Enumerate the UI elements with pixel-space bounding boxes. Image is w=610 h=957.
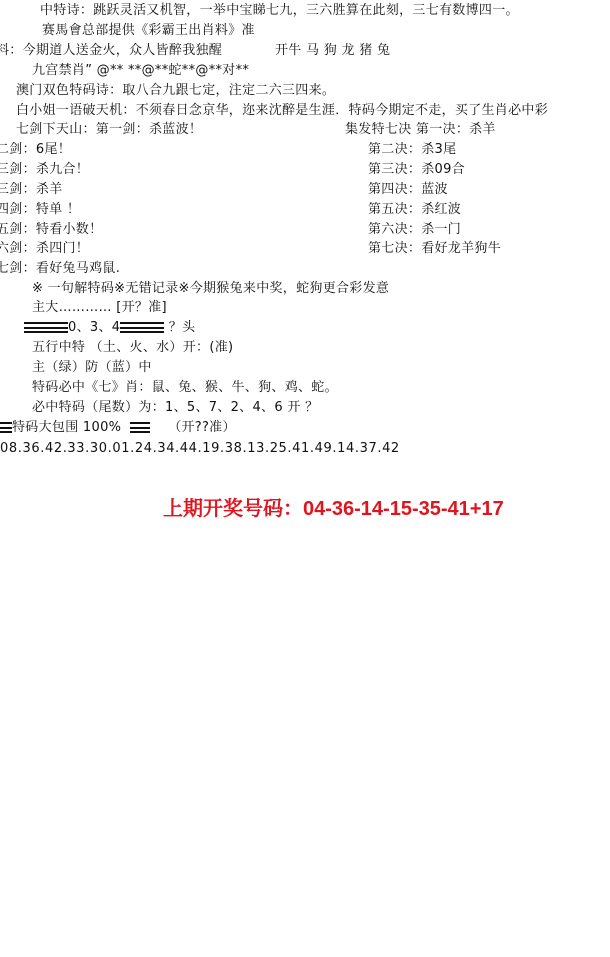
miss-bai-line: 白小姐一语破天机：不须春日念京华，迩来沈醉是生涯．特码今期定不走，买了生肖必中彩 xyxy=(16,102,548,120)
list-item: 五剑：特看小数！ xyxy=(0,221,102,239)
seven-swords-title: 七剑下天山：第一剑：杀蓝波！ xyxy=(16,121,202,139)
big-range-line: 特码大包围 100% （开??准） xyxy=(0,419,236,437)
list-item: 二剑：6尾！ xyxy=(0,141,71,159)
list-item: 第七决：看好龙羊狗牛 xyxy=(368,240,501,258)
tail-numbers-line: 必中特码（尾数）为：1、5、7、2、4、6 开 ？ xyxy=(32,399,318,417)
macau-poem: 澳门双色特码诗：取八合九跟七定，注定二六三四来。 xyxy=(16,82,335,100)
list-item: 三剑：杀九合！ xyxy=(0,161,89,179)
list-item: 第四决：蓝波 xyxy=(368,181,448,199)
color-line: 主（绿）防（蓝）中 xyxy=(32,359,152,377)
triple-bar-icon xyxy=(0,422,12,433)
source-line: 赛馬會总部提供《彩霸王出肖料》准 xyxy=(42,22,255,40)
list-item: 第六决：杀一门 xyxy=(368,221,461,239)
list-item: 三剑：杀羊 xyxy=(0,181,63,199)
one-line-hint: ※ 一句解特码※无错记录※今期猴兔来中奖，蛇狗更合彩发意 xyxy=(32,280,389,298)
list-item: 六剑：杀四门！ xyxy=(0,240,89,258)
open-zodiacs: 开牛 马 狗 龙 猪 兔 xyxy=(275,42,390,60)
list-item: 第二决：杀3尾 xyxy=(368,141,456,159)
head-numbers-line: 0、3、4 ？头 xyxy=(24,319,195,337)
seven-zodiacs-line: 特码必中《七》肖：鼠、兔、猴、牛、狗、鸡、蛇。 xyxy=(32,379,338,397)
triple-bar-icon xyxy=(24,322,68,333)
daoren-poem: 料：今期道人送金火，众人皆醉我独醒 xyxy=(0,42,222,60)
number-list: 08.36.42.33.30.01.24.34.44.19.38.13.25.4… xyxy=(0,440,400,458)
list-item: 四剑：特单 ！ xyxy=(0,201,80,219)
list-item: 第三决：杀09合 xyxy=(368,161,465,179)
nine-palace-line: 九宫禁肖” @** **@**蛇**@**对** xyxy=(32,62,249,80)
special-poem: 中特诗：跳跃灵活又机智，一举中宝睇七九，三六胜算在此刻，三七有数博四一。 xyxy=(40,2,519,20)
triple-bar-icon xyxy=(120,322,164,333)
main-big-line: 主大………… [开？准] xyxy=(32,299,167,317)
seven-jue-title: 集发特七决 第一决：杀羊 xyxy=(345,121,496,139)
five-elements-line: 五行中特 （土、火、水）开：(准) xyxy=(32,339,233,357)
list-item: 七剑：看好兔马鸡鼠. xyxy=(0,260,120,278)
list-item: 第五决：杀红波 xyxy=(368,201,461,219)
triple-bar-icon xyxy=(130,422,150,433)
last-draw-numbers: 上期开奖号码：04-36-14-15-35-41+17 xyxy=(163,497,504,521)
